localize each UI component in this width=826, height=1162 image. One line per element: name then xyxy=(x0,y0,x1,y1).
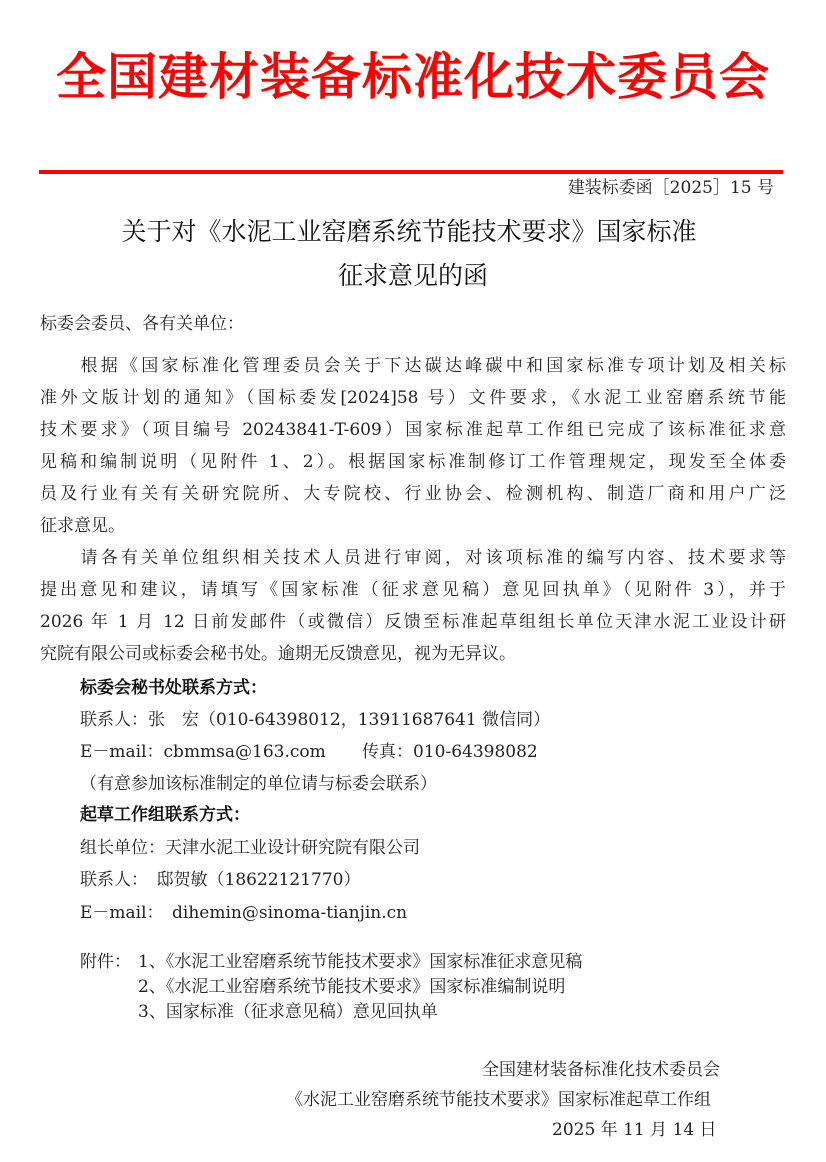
document-number: 建装标委函［2025］15 号 xyxy=(568,177,774,199)
red-divider xyxy=(39,170,783,174)
secretariat-contact-person: 联系人：张 宏（010-64398012，13911687641 微信同） xyxy=(80,708,550,732)
secretariat-note: （有意参加该标准制定的单位请与标委会联系） xyxy=(80,772,437,796)
signature-date: 2025 年 11 月 14 日 xyxy=(552,1118,717,1142)
secretariat-fax: 传真：010-64398082 xyxy=(362,740,538,764)
attachments-label: 附件： xyxy=(80,950,131,974)
drafting-group-heading: 起草工作组联系方式： xyxy=(80,803,250,827)
drafting-group-email[interactable]: E－mail： dihemin@sinoma-tianjin.cn xyxy=(80,901,407,925)
drafting-group-leader-unit: 组长单位：天津水泥工业设计研究院有限公司 xyxy=(80,836,420,860)
paragraph-line: 提出意见和建议，请填写《国家标准（征求意见稿）意见回执单》（见附件 3），并于 xyxy=(40,578,786,602)
masthead-org-name: 全国建材装备标准化技术委员会 xyxy=(38,42,788,112)
signature-org-committee: 全国建材装备标准化技术委员会 xyxy=(482,1058,720,1082)
secretariat-email[interactable]: E－mail：cbmmsa@163.com xyxy=(80,740,326,764)
paragraph-line: 员及行业有关有关研究院所、大专院校、行业协会、检测机构、制造厂商和用户广泛 xyxy=(40,482,786,506)
secretariat-heading: 标委会秘书处联系方式： xyxy=(80,676,267,700)
paragraph-line: 究院有限公司或标委会秘书处。逾期无反馈意见，视为无异议。 xyxy=(40,642,516,666)
salutation: 标委会委员、各有关单位： xyxy=(40,312,244,336)
document-title-line1: 关于对《水泥工业窑磨系统节能技术要求》国家标准 xyxy=(0,212,822,248)
attachment-item: 1、《水泥工业窑磨系统节能技术要求》国家标准征求意见稿 xyxy=(138,950,582,974)
attachment-item: 3、国家标准（征求意见稿）意见回执单 xyxy=(138,1000,438,1024)
paragraph-line: 2026 年 1 月 12 日前发邮件（或微信）反馈至标准起草组组长单位天津水泥… xyxy=(40,610,786,634)
attachment-item: 2、《水泥工业窑磨系统节能技术要求》国家标准编制说明 xyxy=(138,975,565,999)
paragraph-line: 技术要求》（项目编号 20243841-T-609）国家标准起草工作组已完成了该… xyxy=(40,418,786,442)
paragraph-line: 见稿和编制说明（见附件 1、2）。根据国家标准制修订工作管理规定，现发至全体委 xyxy=(40,450,786,474)
paragraph-line: 征求意见。 xyxy=(40,514,125,538)
drafting-group-contact-person: 联系人： 邸贺敏（18622121770） xyxy=(80,868,360,892)
paragraph-line: 根据《国家标准化管理委员会关于下达碳达峰碳中和国家标准专项计划及相关标 xyxy=(40,354,786,378)
paragraph-line: 准外文版计划的通知》（国标委发[2024]58 号）文件要求，《水泥工业窑磨系统… xyxy=(40,386,786,410)
document-title-line2: 征求意见的函 xyxy=(0,256,826,292)
signature-org-drafting-group: 《水泥工业窑磨系统节能技术要求》国家标准起草工作组 xyxy=(286,1088,711,1112)
paragraph-line: 请各有关单位组织相关技术人员进行审阅，对该项标准的编写内容、技术要求等 xyxy=(40,546,786,570)
